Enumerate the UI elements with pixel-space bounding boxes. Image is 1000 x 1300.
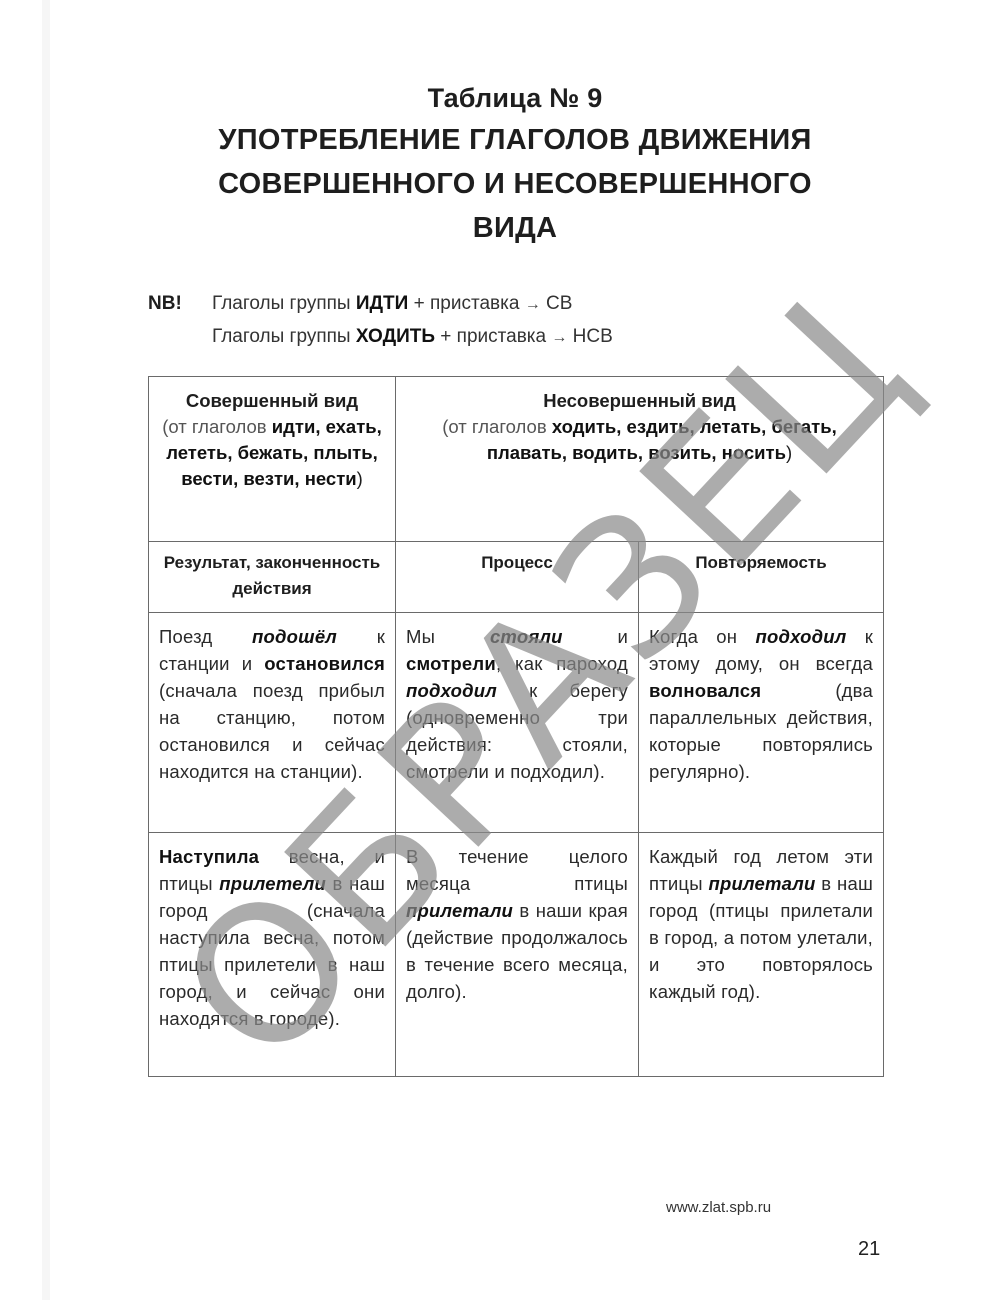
example-text: Мы стояли и смотрели, как пароход подход… (396, 613, 638, 785)
aspect-label: Результат, законченность действия (149, 542, 395, 602)
header-imperfective: Несовершенный вид (от глаголов ходить, е… (396, 377, 884, 542)
aspect-result: Результат, законченность действия (149, 542, 396, 613)
title-line-1: УПОТРЕБЛЕНИЕ ГЛАГОЛОВ ДВИЖЕНИЯ (140, 118, 890, 162)
example-cell: Каждый год летом эти птицы прилетали в н… (639, 833, 884, 1077)
aspect-repetition: Повторяемость (639, 542, 884, 613)
example-text: Каждый год летом эти птицы прилетали в н… (639, 833, 883, 1005)
nb-rule-result: СВ (541, 293, 573, 314)
nb-rule-text: + приставка (408, 293, 524, 314)
nb-rule-text: + приставка (435, 326, 551, 347)
footer-url: www.zlat.spb.ru (666, 1199, 771, 1216)
header-perfective: Совершенный вид (от глаголов идти, ехать… (149, 377, 396, 542)
header-imperfective-title: Несовершенный вид (426, 388, 853, 414)
arrow-right-icon: → (525, 296, 541, 313)
note-prefix: (от глаголов (162, 416, 272, 437)
table-row: Наступила весна, и птицы прилетели в наш… (149, 833, 884, 1077)
aspect-process: Процесс (396, 542, 639, 613)
nb-label: NB! (148, 293, 182, 315)
page-edge (42, 0, 50, 1300)
example-cell: Поезд подошёл к станции и остановился (с… (149, 613, 396, 833)
note-prefix: (от глаголов (442, 416, 552, 437)
title-line-2: СОВЕРШЕННОГО И НЕСОВЕРШЕННОГО (140, 162, 890, 206)
nb-rule-text: Глаголы группы (212, 293, 356, 314)
example-cell: Мы стояли и смотрели, как пароход подход… (396, 613, 639, 833)
example-cell: Когда он подходил к этому дому, он всегд… (639, 613, 884, 833)
nb-rule-1: Глаголы группы ИДТИ + приставка → СВ (212, 293, 572, 315)
table-row: Поезд подошёл к станции и остановился (с… (149, 613, 884, 833)
nb-rule-2: Глаголы группы ХОДИТЬ + приставка → НСВ (212, 326, 613, 348)
title-block: Таблица № 9 УПОТРЕБЛЕНИЕ ГЛАГОЛОВ ДВИЖЕН… (140, 78, 890, 250)
nb-rule-text: Глаголы группы (212, 326, 356, 347)
example-text: Когда он подходил к этому дому, он всегд… (639, 613, 883, 785)
title-line-3: ВИДА (140, 206, 890, 250)
verbs-of-motion-table: Совершенный вид (от глаголов идти, ехать… (148, 376, 884, 1077)
aspect-row: Результат, законченность действия Процес… (149, 542, 884, 613)
header-perfective-title: Совершенный вид (157, 388, 387, 414)
header-imperfective-note: (от глаголов ходить, ездить, летать, бег… (426, 414, 853, 466)
nb-rule-result: НСВ (567, 326, 612, 347)
arrow-right-icon: → (551, 329, 567, 346)
example-cell: Наступила весна, и птицы прилетели в наш… (149, 833, 396, 1077)
aspect-label: Процесс (396, 542, 638, 576)
example-cell: В течение целого месяца птицы прилетали … (396, 833, 639, 1077)
example-text: Наступила весна, и птицы прилетели в наш… (149, 833, 395, 1032)
example-text: Поезд подошёл к станции и остановился (с… (149, 613, 395, 785)
example-text: В течение целого месяца птицы прилетали … (396, 833, 638, 1005)
note-suffix: ) (357, 468, 363, 489)
nb-rule-verb: ХОДИТЬ (356, 326, 435, 347)
nb-rule-verb: ИДТИ (356, 293, 408, 314)
page-number: 21 (858, 1238, 880, 1261)
aspect-label: Повторяемость (639, 542, 883, 576)
header-perfective-note: (от глаголов идти, ехать, лететь, бежать… (157, 414, 387, 492)
table-number: Таблица № 9 (140, 78, 890, 118)
note-suffix: ) (786, 442, 792, 463)
table-header-row: Совершенный вид (от глаголов идти, ехать… (149, 377, 884, 542)
